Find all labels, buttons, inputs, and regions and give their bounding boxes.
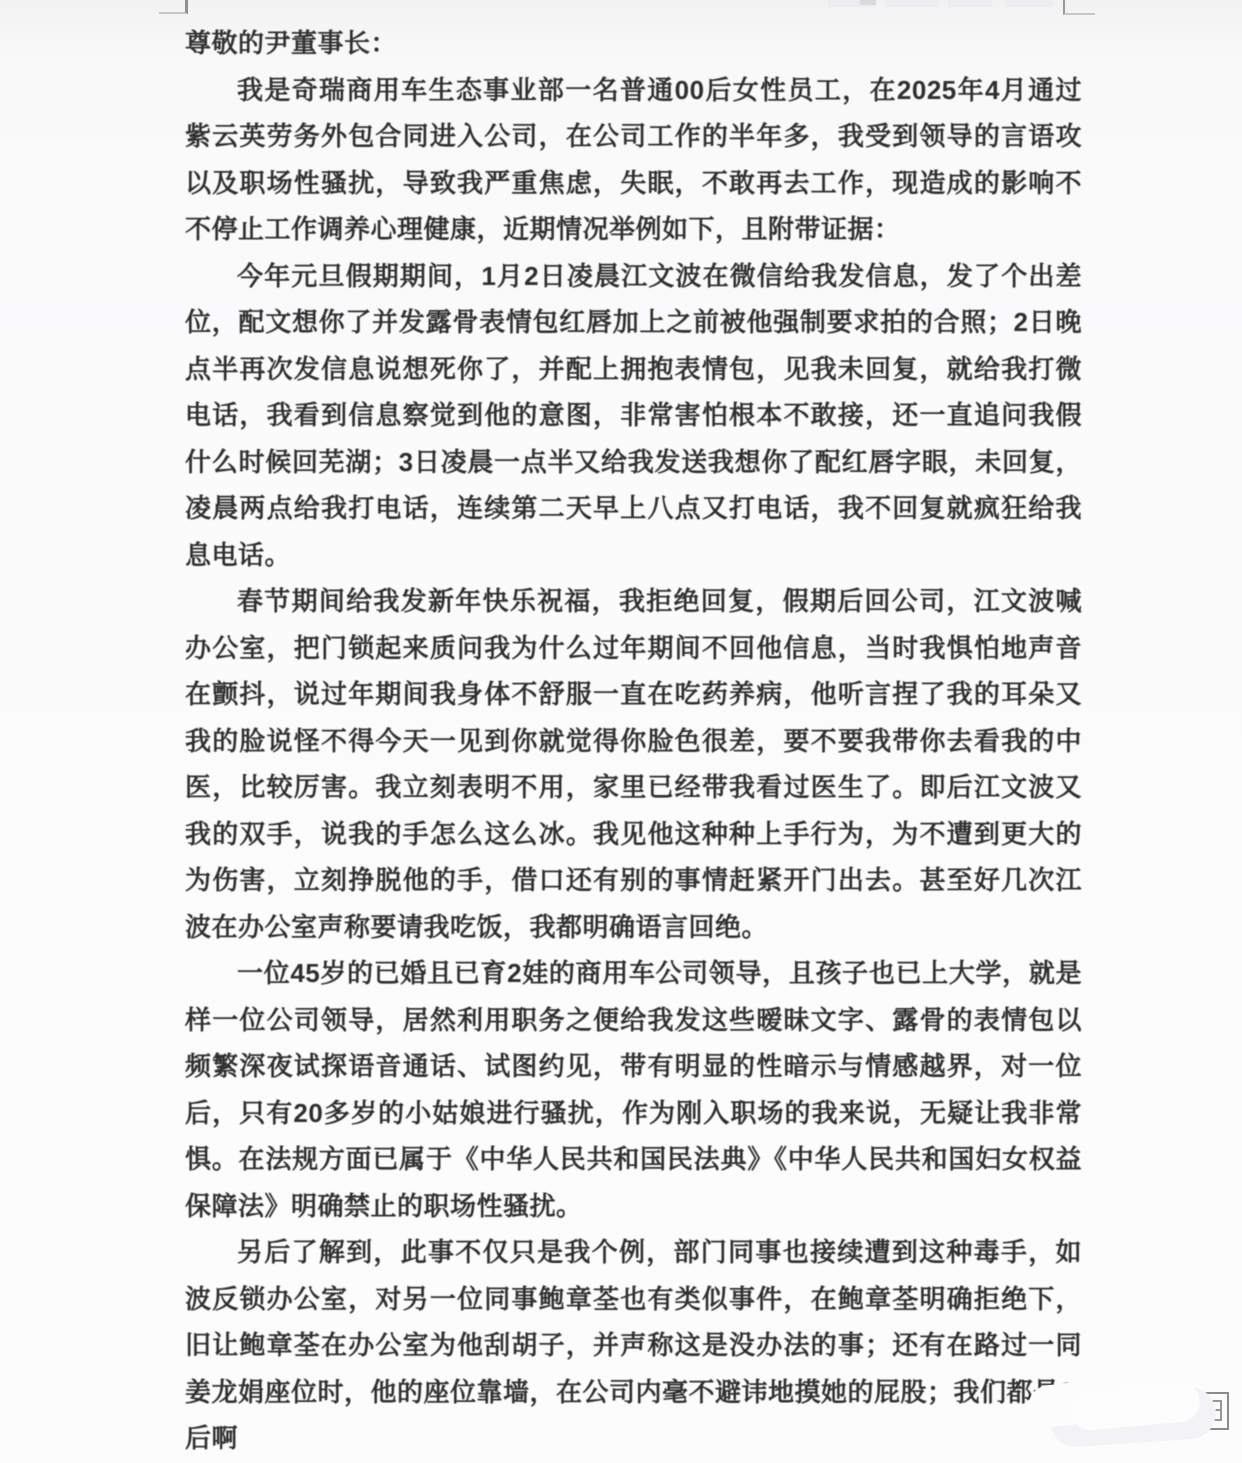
page-margin-mark-right bbox=[1063, 0, 1095, 15]
letter-body: 尊敬的尹董事长：我是奇瑞商用车生态事业部一名普通00后女性员工，在2025年4月… bbox=[185, 20, 1082, 1462]
text-line: 什么时候回芜湖；3日凌晨一点半又给我发送我想你了配红唇字眼，未回复，便 bbox=[185, 439, 1082, 486]
text-line: 尊敬的尹董事长： bbox=[185, 20, 1082, 67]
text-line: 旧让鲍章荃在办公室为他刮胡子，并声称这是没办法的事；还有在路过一同事 bbox=[185, 1322, 1082, 1369]
page-margin-mark-left bbox=[159, 0, 188, 14]
paragraph: 一位45岁的已婚且已育2娃的商用车公司领导，且孩子也已上大学，就是这样一位公司领… bbox=[185, 950, 1082, 1229]
text-line: 紫云英劳务外包合同进入公司，在公司工作的半年多，我受到领导的言语攻击 bbox=[185, 113, 1082, 160]
text-line: 凌晨两点给我打电话，连续第二天早上八点又打电话，我不回复就疯狂给我信 bbox=[185, 485, 1082, 532]
text-line: 春节期间给我发新年快乐祝福，我拒绝回复，假期后回公司，江文波喊我到 bbox=[185, 578, 1082, 625]
text-line: 频繁深夜试探语音通话、试图约见，带有明显的性暗示与情感越界，对一位00 bbox=[185, 1043, 1082, 1090]
paragraph: 另后了解到，此事不仅只是我个例，部门同事也接续遭到这种毒手，如江文波反锁办公室，… bbox=[185, 1229, 1082, 1462]
text-line: 医，比较厉害。我立刻表明不用，家里已经带我看过医生了。即后江文波又摸 bbox=[185, 764, 1082, 811]
text-line: 今年元旦假期期间，1月2日凌晨江文波在微信给我发信息，发了个出差定 bbox=[185, 253, 1082, 300]
text-line: 我的脸说怪不得今天一见到你就觉得你脸色很差，要不要我带你去看我的中 bbox=[185, 718, 1082, 765]
text-line: 办公室，把门锁起来质问我为什么过年期间不回他信息，当时我惧怕地声音都 bbox=[185, 625, 1082, 672]
text-line: 不停止工作调养心理健康，近期情况举例如下，且附带证据： bbox=[185, 206, 1082, 253]
text-line: 保障法》明确禁止的职场性骚扰。 bbox=[185, 1183, 1082, 1230]
document-page: 尊敬的尹董事长：我是奇瑞商用车生态事业部一名普通00后女性员工，在2025年4月… bbox=[0, 0, 1242, 1463]
text-line: 为伤害，立刻挣脱他的手，借口还有别的事情赶紧开门出去。甚至好几次江文 bbox=[185, 857, 1082, 904]
text-line: 姜龙娟座位时，他的座位靠墙，在公司内毫不避讳地摸她的屁股；我们都是0 bbox=[185, 1369, 1082, 1416]
top-edge-artifact bbox=[1005, 0, 1053, 7]
top-edge-artifact bbox=[886, 0, 938, 7]
text-line: 波反锁办公室，对另一位同事鲍章荃也有类似事件，在鲍章荃明确拒绝下，依 bbox=[185, 1276, 1082, 1323]
text-line: 后，只有20多岁的小姑娘进行骚扰，作为刚入职场的我来说，无疑让我非常恐 bbox=[185, 1090, 1082, 1137]
text-line: 点半再次发信息说想死你了，并配上拥抱表情包，见我未回复，就给我打微信 bbox=[185, 346, 1082, 393]
text-line: 惧。在法规方面已属于《中华人民共和国民法典》《中华人民共和国妇女权益 bbox=[185, 1136, 1082, 1183]
text-line: 样一位公司领导，居然利用职务之便给我发这些暧昧文字、露骨的表情包以及 bbox=[185, 997, 1082, 1044]
text-line: 位，配文想你了并发露骨表情包红唇加上之前被他强制要求拍的合照；2日晚十 bbox=[185, 299, 1082, 346]
text-line: 电话，我看到信息察觉到他的意图，非常害怕根本不敢接，还一直追问我假期 bbox=[185, 392, 1082, 439]
paragraph: 今年元旦假期期间，1月2日凌晨江文波在微信给我发信息，发了个出差定位，配文想你了… bbox=[185, 253, 1082, 579]
text-line: 另后了解到，此事不仅只是我个例，部门同事也接续遭到这种毒手，如江文 bbox=[185, 1229, 1082, 1276]
top-edge-artifact bbox=[948, 0, 992, 7]
paragraph: 春节期间给我发新年快乐祝福，我拒绝回复，假期后回公司，江文波喊我到办公室，把门锁… bbox=[185, 578, 1082, 950]
text-line: 在颤抖，说过年期间我身体不舒服一直在吃药养病，他听言捏了我的耳朵又摸 bbox=[185, 671, 1082, 718]
paragraph: 尊敬的尹董事长： bbox=[185, 20, 1082, 67]
text-line: 波在办公室声称要请我吃饭，我都明确语言回绝。 bbox=[185, 904, 1082, 951]
text-line: 息电话。 bbox=[185, 532, 1082, 579]
text-line: 我的双手，说我的手怎么这么冰。我见他这种种上手行为，为不遭到更大的行 bbox=[185, 811, 1082, 858]
text-line: 我是奇瑞商用车生态事业部一名普通00后女性员工，在2025年4月通过签订 bbox=[185, 67, 1082, 114]
paragraph: 我是奇瑞商用车生态事业部一名普通00后女性员工，在2025年4月通过签订紫云英劳… bbox=[185, 67, 1082, 253]
top-edge-artifact bbox=[860, 0, 876, 5]
text-line: 一位45岁的已婚且已育2娃的商用车公司领导，且孩子也已上大学，就是这 bbox=[185, 950, 1082, 997]
text-line: 后啊 bbox=[185, 1415, 1082, 1462]
text-line: 以及职场性骚扰，导致我严重焦虑，失眠，不敢再去工作，现造成的影响不得 bbox=[185, 160, 1082, 207]
